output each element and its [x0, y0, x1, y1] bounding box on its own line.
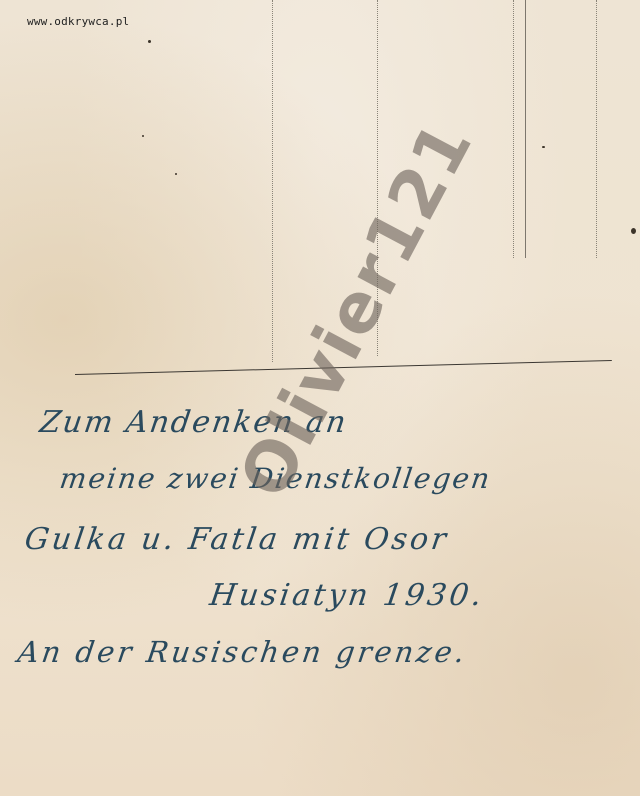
divider-line	[272, 0, 273, 362]
postcard-back: www.odkrywca.pl Zum Andenken an meine zw…	[0, 0, 640, 796]
handwritten-line: An der Rusischen grenze.	[16, 635, 470, 669]
paper-speck	[148, 40, 151, 43]
paper-speck	[631, 228, 636, 234]
site-label: www.odkrywca.pl	[27, 15, 129, 28]
handwritten-line: Husiatyn 1930.	[208, 578, 487, 613]
divider-line	[525, 0, 526, 258]
paper-speck	[542, 146, 545, 148]
watermark: Olivier121	[225, 108, 489, 510]
divider-line	[596, 0, 597, 258]
handwritten-line: Gulka u. Fatla mit Osor	[23, 522, 452, 557]
paper-speck	[142, 135, 144, 137]
divider-line	[513, 0, 514, 258]
paper-speck	[175, 173, 177, 175]
